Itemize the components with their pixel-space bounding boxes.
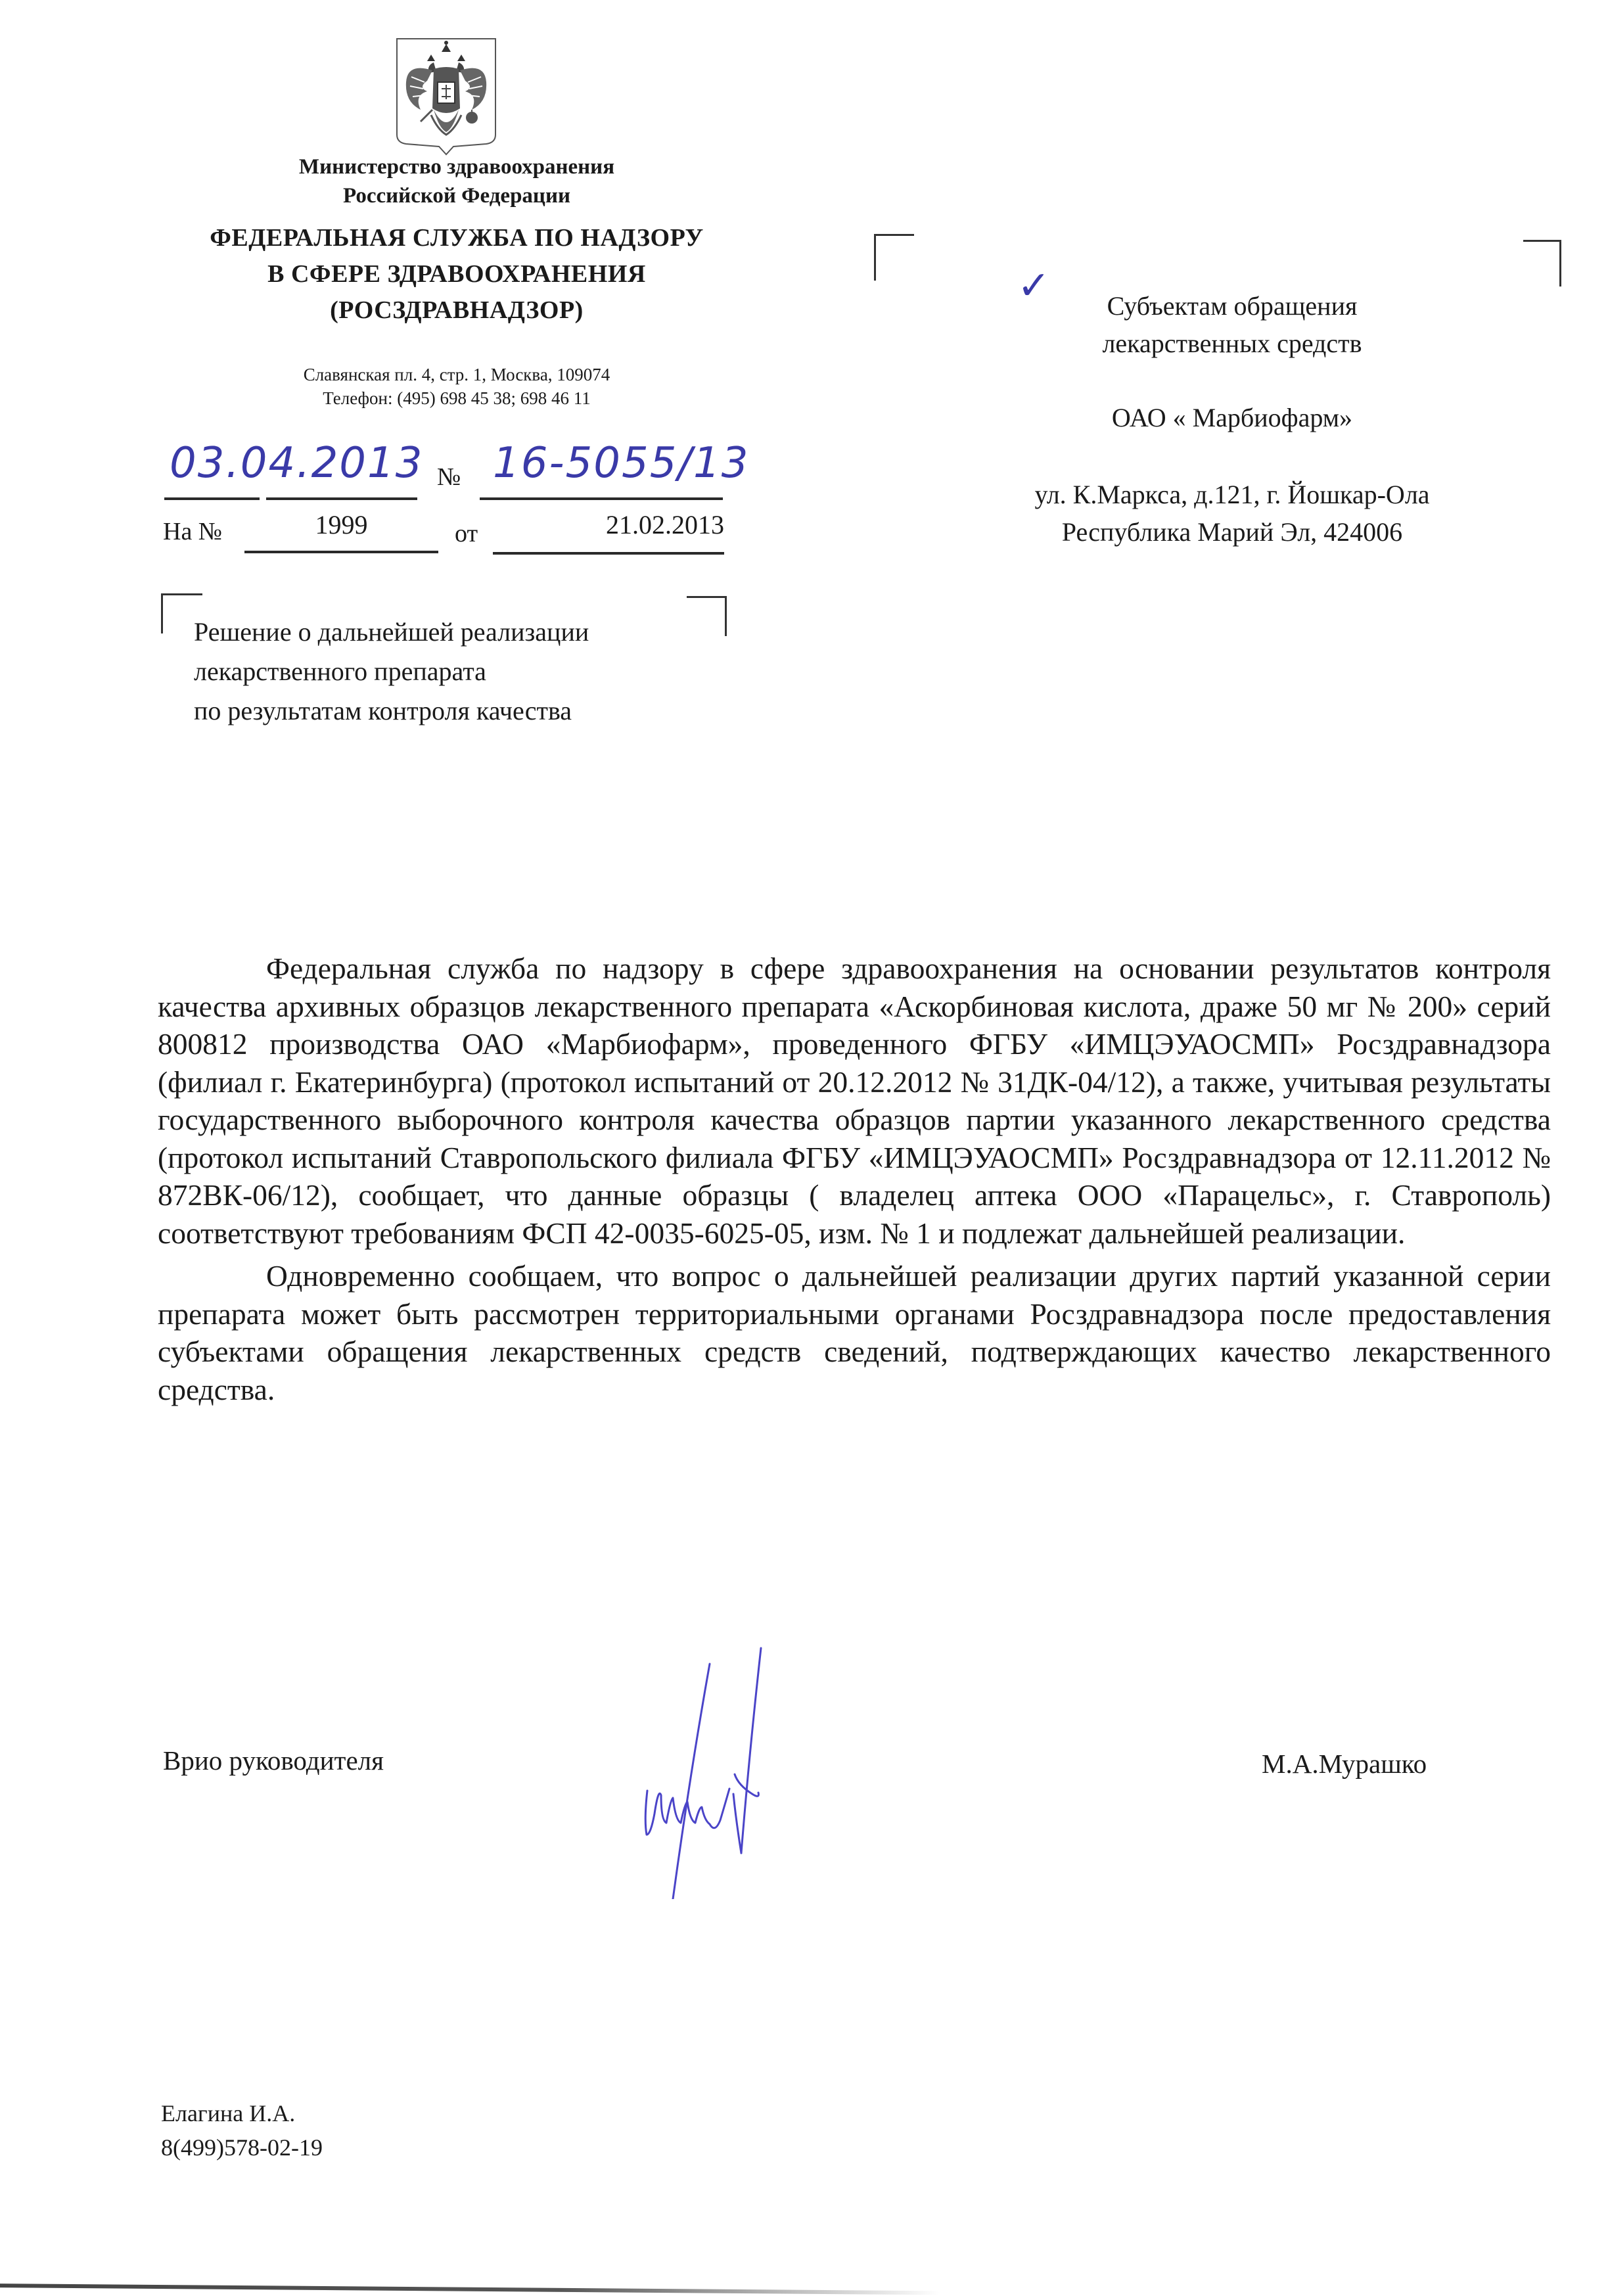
- signatory-name: М.А.Мурашко: [1262, 1748, 1427, 1779]
- body-paragraph-1: Федеральная служба по надзору в сфере зд…: [158, 950, 1551, 1252]
- subject-line-1: Решение о дальнейшей реализации: [194, 612, 589, 652]
- letterhead-phone: Телефон: (495) 698 45 38; 698 46 11: [194, 386, 720, 410]
- recipient-address-line-2: Республика Марий Эл, 424006: [927, 513, 1538, 551]
- signatory-position: Врио руководителя: [163, 1745, 384, 1776]
- recipient-bracket-right: [1523, 240, 1561, 287]
- scan-edge-shadow: [0, 2284, 940, 2295]
- executor-name: Елагина И.А.: [161, 2096, 323, 2130]
- date-underline-2: [266, 497, 417, 500]
- recipient-line-1: Субъектам обращения: [946, 287, 1518, 325]
- reply-number-label: На №: [163, 517, 222, 546]
- recipient-bracket-left: [874, 234, 914, 281]
- date-underline-1: [164, 497, 260, 500]
- recipient-company: ОАО « Марбиофарм»: [946, 399, 1518, 436]
- recipient-address: ул. К.Маркса, д.121, г. Йошкар-Ола Респу…: [927, 476, 1538, 551]
- subject: Решение о дальнейшей реализации лекарств…: [194, 612, 589, 731]
- reply-number: 1999: [244, 509, 438, 540]
- letter-body: Федеральная служба по надзору в сфере зд…: [158, 950, 1551, 1408]
- number-label: №: [437, 463, 461, 492]
- subject-line-2: лекарственного препарата: [194, 652, 589, 691]
- subject-line-3: по результатам контроля качества: [194, 691, 589, 731]
- number-underline: [480, 497, 723, 500]
- ministry-name: Министерство здравоохранения Российской …: [227, 152, 687, 210]
- reply-number-underline: [244, 551, 438, 553]
- service-name: ФЕДЕРАЛЬНАЯ СЛУЖБА ПО НАДЗОРУ В СФЕРЕ ЗД…: [145, 220, 769, 329]
- ministry-line-2: Российской Федерации: [227, 181, 687, 210]
- reply-date-underline: [493, 552, 724, 555]
- service-line-1: ФЕДЕРАЛЬНАЯ СЛУЖБА ПО НАДЗОРУ: [145, 220, 769, 256]
- recipient-line-2: лекарственных средств: [946, 325, 1518, 362]
- recipient-address-line-1: ул. К.Маркса, д.121, г. Йошкар-Ола: [927, 476, 1538, 513]
- letterhead-contacts: Славянская пл. 4, стр. 1, Москва, 109074…: [194, 363, 720, 410]
- outgoing-date: 03.04.2013: [170, 439, 423, 488]
- service-line-3: (РОСЗДРАВНАДЗОР): [145, 292, 769, 329]
- outgoing-number: 16-5055/13: [493, 439, 749, 488]
- executor-info: Елагина И.А. 8(499)578-02-19: [161, 2096, 323, 2165]
- ministry-line-1: Министерство здравоохранения: [227, 152, 687, 181]
- coat-of-arms-icon: [394, 36, 498, 156]
- letterhead-address: Славянская пл. 4, стр. 1, Москва, 109074: [194, 363, 720, 386]
- subject-bracket-right: [687, 596, 727, 636]
- service-line-2: В СФЕРЕ ЗДРАВООХРАНЕНИЯ: [145, 256, 769, 292]
- reply-date: 21.02.2013: [494, 509, 724, 540]
- recipient-addressee: Субъектам обращения лекарственных средст…: [946, 287, 1518, 362]
- handwritten-signature-icon: [618, 1623, 815, 1899]
- reply-from-label: от: [455, 519, 478, 548]
- body-paragraph-2: Одновременно сообщаем, что вопрос о даль…: [158, 1257, 1551, 1408]
- executor-phone: 8(499)578-02-19: [161, 2130, 323, 2165]
